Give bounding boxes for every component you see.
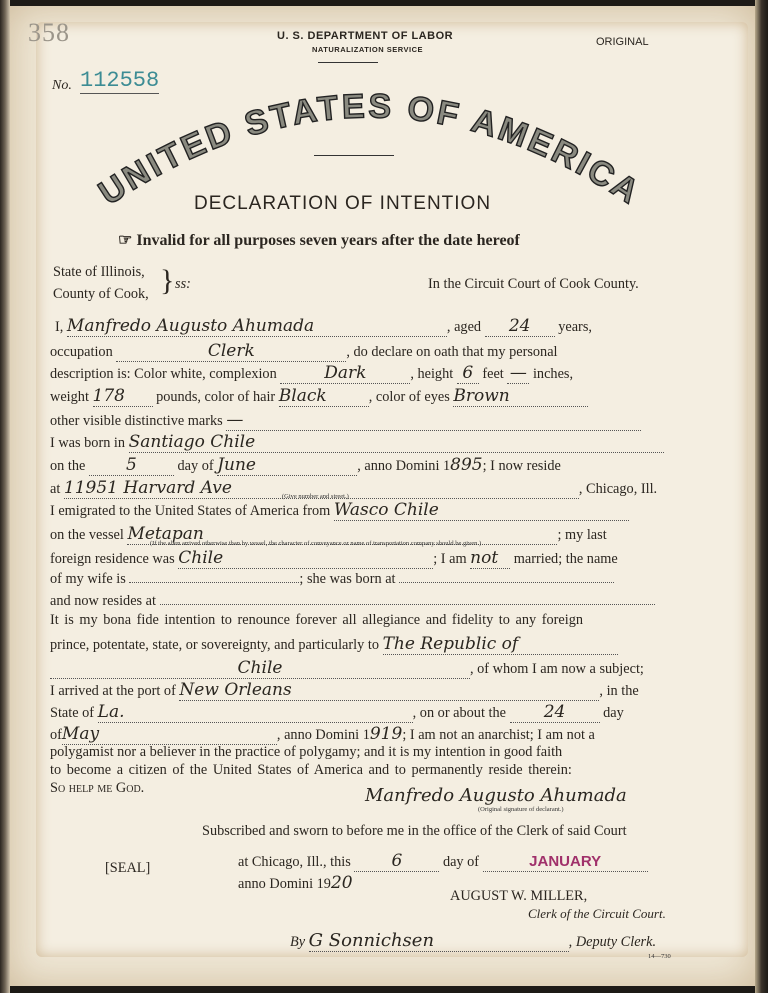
- brace: }: [160, 264, 174, 298]
- arrival-date-line: ofMay, anno Domini 1919; I am not an ana…: [50, 724, 595, 745]
- declarant-signature: Manfredo Augusto Ahumada: [365, 785, 627, 806]
- arrival-state: La.: [98, 702, 413, 723]
- page-number: 358: [28, 18, 70, 48]
- department-heading: U. S. DEPARTMENT OF LABOR: [277, 30, 453, 42]
- oath-line: So help me God.: [50, 780, 144, 797]
- jurat-month-stamp: JANUARY: [529, 853, 601, 870]
- book-binding: [0, 0, 10, 993]
- street-hint: (Give number and street.): [282, 493, 349, 500]
- page-edge: [755, 0, 768, 993]
- jurat-year: 20: [331, 873, 353, 893]
- sovereignty: The Republic of: [383, 634, 618, 655]
- arrival-month: May: [62, 724, 277, 745]
- birth-month: June: [217, 455, 357, 476]
- birthplace-line: I was born in Santiago Chile: [50, 432, 664, 453]
- distinctive-marks: —: [226, 410, 641, 431]
- sovereignty-country: Chile: [50, 658, 470, 679]
- jurat-day: 6: [354, 851, 439, 872]
- arrival-day: 24: [510, 702, 600, 723]
- arrival-state-line: State of La., on or about the 24 day: [50, 702, 624, 723]
- clerk-name: AUGUST W. MILLER,: [450, 888, 587, 905]
- copy-type-label: ORIGINAL: [596, 36, 649, 48]
- subject-line: Chile, of whom I am now a subject;: [50, 658, 644, 679]
- occupation-line: occupation Clerk, do declare on oath tha…: [50, 341, 558, 362]
- eye-color: Brown: [453, 386, 588, 407]
- jurat-year-line: anno Domini 1920: [238, 873, 353, 893]
- validity-warning: ☞ Invalid for all purposes seven years a…: [118, 230, 520, 250]
- clerk-title: Clerk of the Circuit Court.: [528, 906, 666, 922]
- marks-line: other visible distinctive marks —: [50, 410, 641, 431]
- height-feet: 6: [457, 363, 479, 384]
- divider: [314, 155, 394, 156]
- birth-year: 895: [450, 455, 482, 475]
- deputy-line: By G Sonnichsen, Deputy Clerk.: [290, 930, 656, 952]
- arrival-port: New Orleans: [179, 680, 599, 701]
- renounce-line: It is my bona fide intention to renounce…: [50, 612, 583, 629]
- form-code: 14—730: [648, 953, 671, 960]
- wife-birthplace: [399, 582, 614, 583]
- citizenship-line: to become a citizen of the United States…: [50, 762, 572, 779]
- last-foreign-residence: Chile: [178, 548, 433, 569]
- weight: 178: [93, 386, 153, 407]
- declarant-name: Manfredo Augusto Ahumada: [67, 316, 447, 337]
- venue-state: State of Illinois,: [53, 264, 145, 281]
- sovereignty-line: prince, potentate, state, or sovereignty…: [50, 634, 618, 655]
- ss-label: ss:: [175, 276, 191, 293]
- court-name: In the Circuit Court of Cook County.: [428, 276, 639, 293]
- foreign-residence-line: foreign residence was Chile; I am not ma…: [50, 548, 618, 569]
- signature-hint: (Original signature of declarant.): [478, 806, 564, 813]
- port-line: I arrived at the port of New Orleans, in…: [50, 680, 639, 701]
- marital-status: not: [470, 548, 510, 569]
- jurat-line: Subscribed and sworn to before me in the…: [202, 823, 627, 840]
- emigrated-from: Wasco Chile: [334, 500, 629, 521]
- number-label: No.: [52, 78, 72, 94]
- arrival-year: 919: [370, 724, 402, 744]
- pointing-hand-icon: ☞: [118, 232, 132, 249]
- document-title: DECLARATION OF INTENTION: [194, 193, 491, 215]
- vessel-hint: (If the alien arrived otherwise than by …: [150, 540, 481, 547]
- description-line: description is: Color white, complexion …: [50, 363, 573, 384]
- wife-residence-line: and now resides at: [50, 593, 655, 610]
- deputy-signature: G Sonnichsen: [309, 930, 569, 952]
- wife-line: of my wife is ; she was born at: [50, 571, 614, 588]
- complexion: Dark: [280, 363, 410, 384]
- birth-day: 5: [89, 455, 174, 476]
- hair-color: Black: [279, 386, 369, 407]
- venue-county: County of Cook,: [53, 286, 149, 303]
- service-heading: NATURALIZATION SERVICE: [312, 45, 423, 54]
- polygamy-line: polygamist nor a believer in the practic…: [50, 744, 562, 761]
- jurat-date-line: at Chicago, Ill., this 6 day of JANUARY: [238, 851, 648, 872]
- age: 24: [485, 316, 555, 337]
- seal-label: [SEAL]: [105, 860, 150, 877]
- name-line: I, Manfredo Augusto Ahumada, aged 24 yea…: [55, 316, 592, 337]
- birthdate-line: on the 5 day of June, anno Domini 1895; …: [50, 455, 561, 476]
- wife-name: [129, 582, 299, 583]
- height-inches: —: [507, 363, 529, 384]
- occupation: Clerk: [116, 341, 346, 362]
- wife-residence: [160, 604, 655, 605]
- birthplace: Santiago Chile: [129, 432, 664, 453]
- residence-line: at 11951 Harvard Ave, Chicago, Ill.: [50, 478, 657, 499]
- weight-line: weight 178 pounds, color of hair Black, …: [50, 386, 588, 407]
- divider: [318, 62, 378, 63]
- emigration-line: I emigrated to the United States of Amer…: [50, 500, 629, 521]
